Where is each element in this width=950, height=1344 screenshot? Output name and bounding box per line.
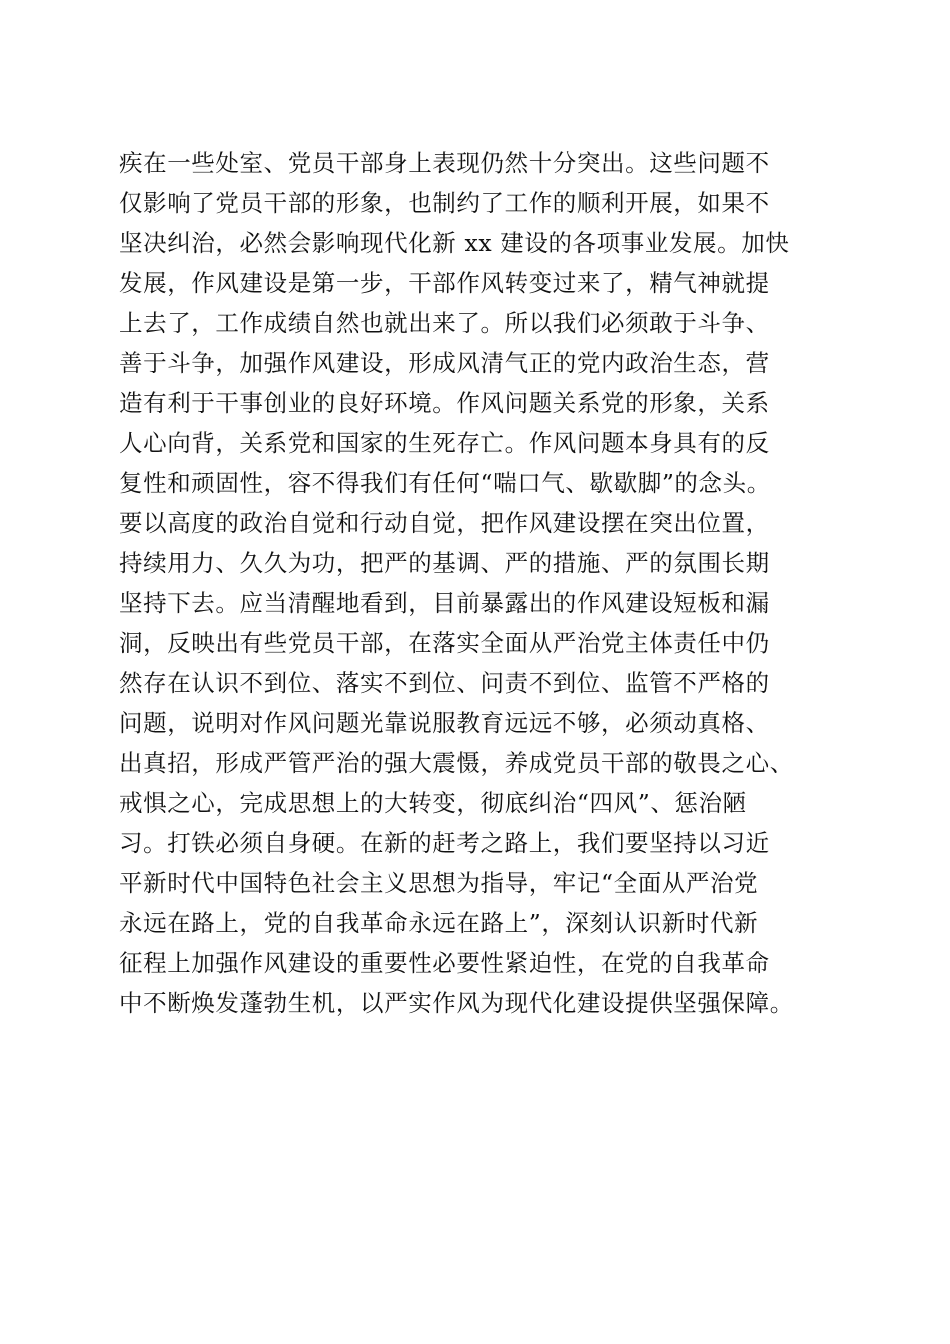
text-line: 永远在路上，党的自我革命永远在路上”，深刻认识新时代新 <box>119 903 839 943</box>
text-line: 戒惧之心，完成思想上的大转变，彻底纠治“四风”、惩治陋 <box>119 783 839 823</box>
text-line: 平新时代中国特色社会主义思想为指导，牢记“全面从严治党 <box>119 863 839 903</box>
text-line: 仅影响了党员干部的形象，也制约了工作的顺利开展，如果不 <box>119 183 839 223</box>
text-line: 习。打铁必须自身硬。在新的赶考之路上，我们要坚持以习近 <box>119 823 839 863</box>
text-line: 善于斗争，加强作风建设，形成风清气正的党内政治生态，营 <box>119 343 839 383</box>
body-paragraph: 疾在一些处室、党员干部身上表现仍然十分突出。这些问题不 仅影响了党员干部的形象，… <box>119 143 839 1023</box>
text-line: 坚持下去。应当清醒地看到，目前暴露出的作风建设短板和漏 <box>119 583 839 623</box>
text-line: 持续用力、久久为功，把严的基调、严的措施、严的氛围长期 <box>119 543 839 583</box>
text-line: 坚决纠治，必然会影响现代化新 xx 建设的各项事业发展。加快 <box>119 223 839 263</box>
document-page: 疾在一些处室、党员干部身上表现仍然十分突出。这些问题不 仅影响了党员干部的形象，… <box>0 0 950 1344</box>
text-line: 要以高度的政治自觉和行动自觉，把作风建设摆在突出位置， <box>119 503 839 543</box>
text-line: 征程上加强作风建设的重要性必要性紧迫性，在党的自我革命 <box>119 943 839 983</box>
text-line: 中不断焕发蓬勃生机，以严实作风为现代化建设提供坚强保障。 <box>119 983 839 1023</box>
text-line: 洞，反映出有些党员干部，在落实全面从严治党主体责任中仍 <box>119 623 839 663</box>
text-line: 造有利于干事创业的良好环境。作风问题关系党的形象，关系 <box>119 383 839 423</box>
text-line: 复性和顽固性，容不得我们有任何“喘口气、歇歇脚”的念头。 <box>119 463 839 503</box>
text-line: 人心向背，关系党和国家的生死存亡。作风问题本身具有的反 <box>119 423 839 463</box>
text-line: 上去了，工作成绩自然也就出来了。所以我们必须敢于斗争、 <box>119 303 839 343</box>
text-line: 疾在一些处室、党员干部身上表现仍然十分突出。这些问题不 <box>119 143 839 183</box>
text-line: 出真招，形成严管严治的强大震慑，养成党员干部的敬畏之心、 <box>119 743 839 783</box>
text-line: 问题，说明对作风问题光靠说服教育远远不够，必须动真格、 <box>119 703 839 743</box>
text-line: 发展，作风建设是第一步，干部作风转变过来了，精气神就提 <box>119 263 839 303</box>
text-line: 然存在认识不到位、落实不到位、问责不到位、监管不严格的 <box>119 663 839 703</box>
